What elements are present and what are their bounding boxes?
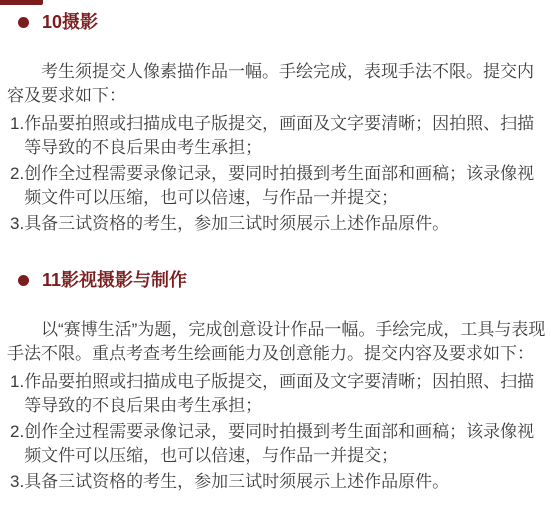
- section-film-tv-production: 11影视摄影与制作 以“赛博生活”为题，完成创意设计作品一幅。手绘完成，工具与表…: [7, 270, 547, 494]
- section-intro: 考生须提交人像素描作品一幅。手绘完成，表现手法不限。提交内容及要求如下：: [7, 60, 547, 108]
- item-number: 2.: [10, 420, 24, 468]
- section-photography: 10摄影 考生须提交人像素描作品一幅。手绘完成，表现手法不限。提交内容及要求如下…: [7, 12, 547, 236]
- section-title: 10摄影: [42, 12, 98, 32]
- section-heading: 10摄影: [7, 12, 547, 32]
- item-number: 2.: [10, 162, 24, 210]
- requirements-list: 1. 作品要拍照或扫描成电子版提交，画面及文字要清晰；因拍照、扫描等导致的不良后…: [7, 112, 547, 236]
- section-heading: 11影视摄影与制作: [7, 270, 547, 290]
- item-number: 1.: [10, 370, 24, 418]
- item-number: 3.: [10, 212, 24, 236]
- requirement-item: 3. 具备三试资格的考生，参加三试时须展示上述作品原件。: [10, 470, 547, 494]
- item-number: 1.: [10, 112, 24, 160]
- item-text: 创作全过程需要录像记录，要同时拍摄到考生面部和画稿；该录像视频文件可以压缩，也可…: [24, 420, 547, 468]
- document-page: 10摄影 考生须提交人像素描作品一幅。手绘完成，表现手法不限。提交内容及要求如下…: [0, 0, 560, 494]
- requirement-item: 2. 创作全过程需要录像记录，要同时拍摄到考生面部和画稿；该录像视频文件可以压缩…: [10, 420, 547, 468]
- requirements-list: 1. 作品要拍照或扫描成电子版提交，画面及文字要清晰；因拍照、扫描等导致的不良后…: [7, 370, 547, 494]
- bullet-icon: [18, 17, 29, 28]
- requirement-item: 2. 创作全过程需要录像记录，要同时拍摄到考生面部和画稿；该录像视频文件可以压缩…: [10, 162, 547, 210]
- item-text: 创作全过程需要录像记录，要同时拍摄到考生面部和画稿；该录像视频文件可以压缩，也可…: [24, 162, 547, 210]
- item-text: 具备三试资格的考生，参加三试时须展示上述作品原件。: [24, 212, 547, 236]
- requirement-item: 1. 作品要拍照或扫描成电子版提交，画面及文字要清晰；因拍照、扫描等导致的不良后…: [10, 370, 547, 418]
- item-text: 具备三试资格的考生，参加三试时须展示上述作品原件。: [24, 470, 547, 494]
- item-number: 3.: [10, 470, 24, 494]
- bullet-icon: [18, 275, 29, 286]
- cropped-header-bar: [0, 0, 43, 5]
- section-title: 11影视摄影与制作: [42, 270, 187, 290]
- requirement-item: 1. 作品要拍照或扫描成电子版提交，画面及文字要清晰；因拍照、扫描等导致的不良后…: [10, 112, 547, 160]
- item-text: 作品要拍照或扫描成电子版提交，画面及文字要清晰；因拍照、扫描等导致的不良后果由考…: [24, 370, 547, 418]
- section-intro: 以“赛博生活”为题，完成创意设计作品一幅。手绘完成，工具与表现手法不限。重点考查…: [7, 318, 547, 366]
- item-text: 作品要拍照或扫描成电子版提交，画面及文字要清晰；因拍照、扫描等导致的不良后果由考…: [24, 112, 547, 160]
- requirement-item: 3. 具备三试资格的考生，参加三试时须展示上述作品原件。: [10, 212, 547, 236]
